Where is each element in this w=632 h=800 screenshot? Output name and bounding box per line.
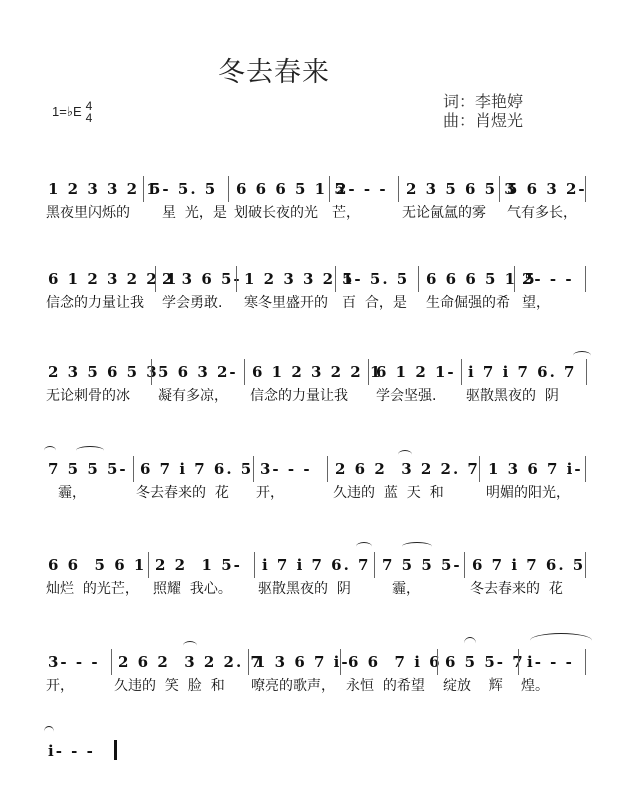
bar-line <box>155 266 156 292</box>
measure-notes: 5 6 3 2- <box>507 180 587 198</box>
bar-line <box>518 649 519 675</box>
measure-lyrics: 冬去春来的 花 <box>470 578 563 598</box>
measure-lyrics: 久违的 蓝 天 和 <box>333 482 444 502</box>
tie-arc <box>44 726 54 737</box>
measure-notes: 2 2 1 5- <box>155 556 242 574</box>
bar-line <box>461 359 462 385</box>
slur-arc <box>398 450 412 459</box>
measure-notes: 5- 5. 5 <box>342 270 409 288</box>
measure-notes: 3- - - <box>48 653 100 671</box>
bar-line <box>329 176 330 202</box>
score-row-6: 3- - - 开， 2 6 2 3 2 2. 7 久违的 笑 脸 和 1 3 6… <box>0 645 632 705</box>
measure-lyrics: 冬去春来的 花 <box>136 482 229 502</box>
bar-line <box>586 359 587 385</box>
measure-notes: 6 7 i 7 6. 5 <box>472 556 585 574</box>
bar-line <box>244 359 245 385</box>
bar-line <box>437 649 438 675</box>
measure-notes: 2 6 2 3 2 2. 7 <box>118 653 263 671</box>
measure-notes: 6 1 2 3 2 2 1 <box>252 363 382 381</box>
bar-line <box>151 359 152 385</box>
measure-notes: i 7 i 7 6. 7 <box>468 363 576 381</box>
composer: 曲：肖煜光 <box>443 111 523 130</box>
bar-line <box>143 176 144 202</box>
bar-line <box>374 552 375 578</box>
bar-line <box>585 649 586 675</box>
tie-arc <box>573 351 591 360</box>
measure-notes: 6 1 2 1- <box>376 363 456 381</box>
measure-notes: 2 3 6 5- <box>162 270 242 288</box>
bar-line <box>585 266 586 292</box>
measure-lyrics: 星 光，是 <box>162 202 227 222</box>
bar-line <box>585 456 586 482</box>
score-row-5: 6 6 5 6 1 灿烂 的光芒， 2 2 1 5- 照耀 我心。 i 7 i … <box>0 548 632 608</box>
bar-line <box>254 552 255 578</box>
measure-notes: 6 6 7 i 6 <box>348 653 442 671</box>
measure-notes: 1 3 6 7 i- <box>488 460 583 478</box>
score-row-3: 2 3 5 6 5 3 无论刺骨的冰 5 6 3 2- 凝有多凉， 6 1 2 … <box>0 355 632 415</box>
final-barline <box>114 740 117 760</box>
measure-notes: 2- - - <box>336 180 388 198</box>
bar-line <box>133 456 134 482</box>
measure-lyrics: 划破长夜的光 <box>234 202 318 222</box>
measure-lyrics: 驱散黑夜的 阴 <box>258 578 351 598</box>
score-row-7: i- - - <box>0 734 632 794</box>
bar-line <box>464 552 465 578</box>
measure-notes: 6 5 5- 7 <box>445 653 525 671</box>
measure-notes: i- - - <box>48 742 95 760</box>
measure-lyrics: 芒， <box>332 202 360 222</box>
measure-lyrics: 开， <box>256 482 284 502</box>
bar-line <box>479 456 480 482</box>
bar-line <box>248 649 249 675</box>
measure-lyrics: 驱散黑夜的 阴 <box>466 385 559 405</box>
measure-notes: 6 6 6 5 1 5 <box>236 180 347 198</box>
measure-notes: 5 6 3 2- <box>158 363 238 381</box>
bar-line <box>327 456 328 482</box>
bar-line <box>228 176 229 202</box>
measure-notes: i- - - <box>527 653 574 671</box>
measure-notes: 2 3 5 6 5 3 <box>406 180 517 198</box>
measure-lyrics: 无论刺骨的冰 <box>46 385 130 405</box>
measure-lyrics: 黑夜里闪烁的 <box>46 202 130 222</box>
measure-notes: i 7 i 7 6. 7 <box>262 556 370 574</box>
measure-notes: 3- - - <box>260 460 312 478</box>
bar-line <box>340 649 341 675</box>
bar-line <box>418 266 419 292</box>
bar-line <box>111 649 112 675</box>
bar-line <box>585 176 586 202</box>
time-signature-bottom: 4 <box>86 112 93 124</box>
tie-arc <box>356 542 372 551</box>
measure-notes: 5- 5. 5 <box>150 180 217 198</box>
credits: 词：李艳婷 曲：肖煜光 <box>443 92 523 130</box>
measure-notes: 6 7 i 7 6. 5 <box>140 460 253 478</box>
measure-lyrics: 信念的力量让我 <box>46 292 144 312</box>
measure-notes: 1 3 6 7 i- <box>255 653 350 671</box>
measure-lyrics: 煌。 <box>521 675 549 695</box>
bar-line <box>236 266 237 292</box>
key-signature: 1=♭E 4 4 <box>52 100 92 124</box>
measure-lyrics: 久违的 笑 脸 和 <box>114 675 225 695</box>
slur-arc <box>183 641 197 650</box>
measure-lyrics: 学会勇敢. <box>162 292 222 312</box>
measure-notes: 2- - - <box>522 270 574 288</box>
slur-arc <box>464 637 476 650</box>
measure-lyrics: 明媚的阳光， <box>486 482 570 502</box>
measure-lyrics: 气有多长， <box>507 202 577 222</box>
measure-notes: 6 6 6 5 1 5 <box>426 270 537 288</box>
measure-lyrics: 霾， <box>392 578 420 598</box>
bar-line <box>335 266 336 292</box>
measure-notes: 7 5 5 5- <box>382 556 462 574</box>
score-row-4: 7 5 5 5- 霾， 6 7 i 7 6. 5 冬去春来的 花 3- - - … <box>0 452 632 512</box>
measure-lyrics: 信念的力量让我 <box>250 385 348 405</box>
tie-arc <box>44 446 56 455</box>
bar-line <box>585 552 586 578</box>
bar-line <box>368 359 369 385</box>
key-label: 1=♭E <box>52 104 82 120</box>
measure-lyrics: 无论氤氲的雾 <box>402 202 486 222</box>
measure-lyrics: 百 合，是 <box>342 292 407 312</box>
bar-line <box>253 456 254 482</box>
measure-notes: 1 2 3 3 2 1 <box>244 270 355 288</box>
measure-notes: 6 1 2 3 2 2 1 <box>48 270 178 288</box>
measure-notes: 2 6 2 3 2 2. 7 <box>335 460 480 478</box>
measure-lyrics: 开， <box>46 675 74 695</box>
slur-arc <box>402 542 432 551</box>
bar-line <box>499 176 500 202</box>
measure-notes: 2 3 5 6 5 3 <box>48 363 159 381</box>
score-row-2: 6 1 2 3 2 2 1 信念的力量让我 2 3 6 5- 学会勇敢. 1 2… <box>0 262 632 322</box>
time-signature: 4 4 <box>86 100 93 124</box>
song-title: 冬去春来 <box>218 50 330 89</box>
tie-arc <box>530 633 592 648</box>
bar-line <box>514 266 515 292</box>
measure-lyrics: 绽放 辉 <box>443 675 503 695</box>
measure-lyrics: 嘹亮的歌声， <box>251 675 335 695</box>
measure-lyrics: 寒冬里盛开的 <box>244 292 328 312</box>
measure-notes: 7 5 5 5- <box>48 460 128 478</box>
measure-notes: 6 6 5 6 1 <box>48 556 146 574</box>
bar-line <box>148 552 149 578</box>
measure-lyrics: 学会坚强. <box>376 385 436 405</box>
measure-lyrics: 灿烂 的光芒， <box>46 578 139 598</box>
bar-line <box>398 176 399 202</box>
measure-lyrics: 凝有多凉， <box>158 385 228 405</box>
lyricist: 词：李艳婷 <box>443 92 523 111</box>
measure-lyrics: 永恒 的希望 <box>346 675 425 695</box>
measure-lyrics: 生命倔强的希 <box>426 292 510 312</box>
score-row-1: 1 2 3 3 2 1 黑夜里闪烁的 5- 5. 5 星 光，是 6 6 6 5… <box>0 172 632 232</box>
measure-lyrics: 照耀 我心。 <box>153 578 232 598</box>
measure-lyrics: 望， <box>522 292 550 312</box>
measure-lyrics: 霾， <box>58 482 86 502</box>
slur-arc <box>76 446 104 455</box>
